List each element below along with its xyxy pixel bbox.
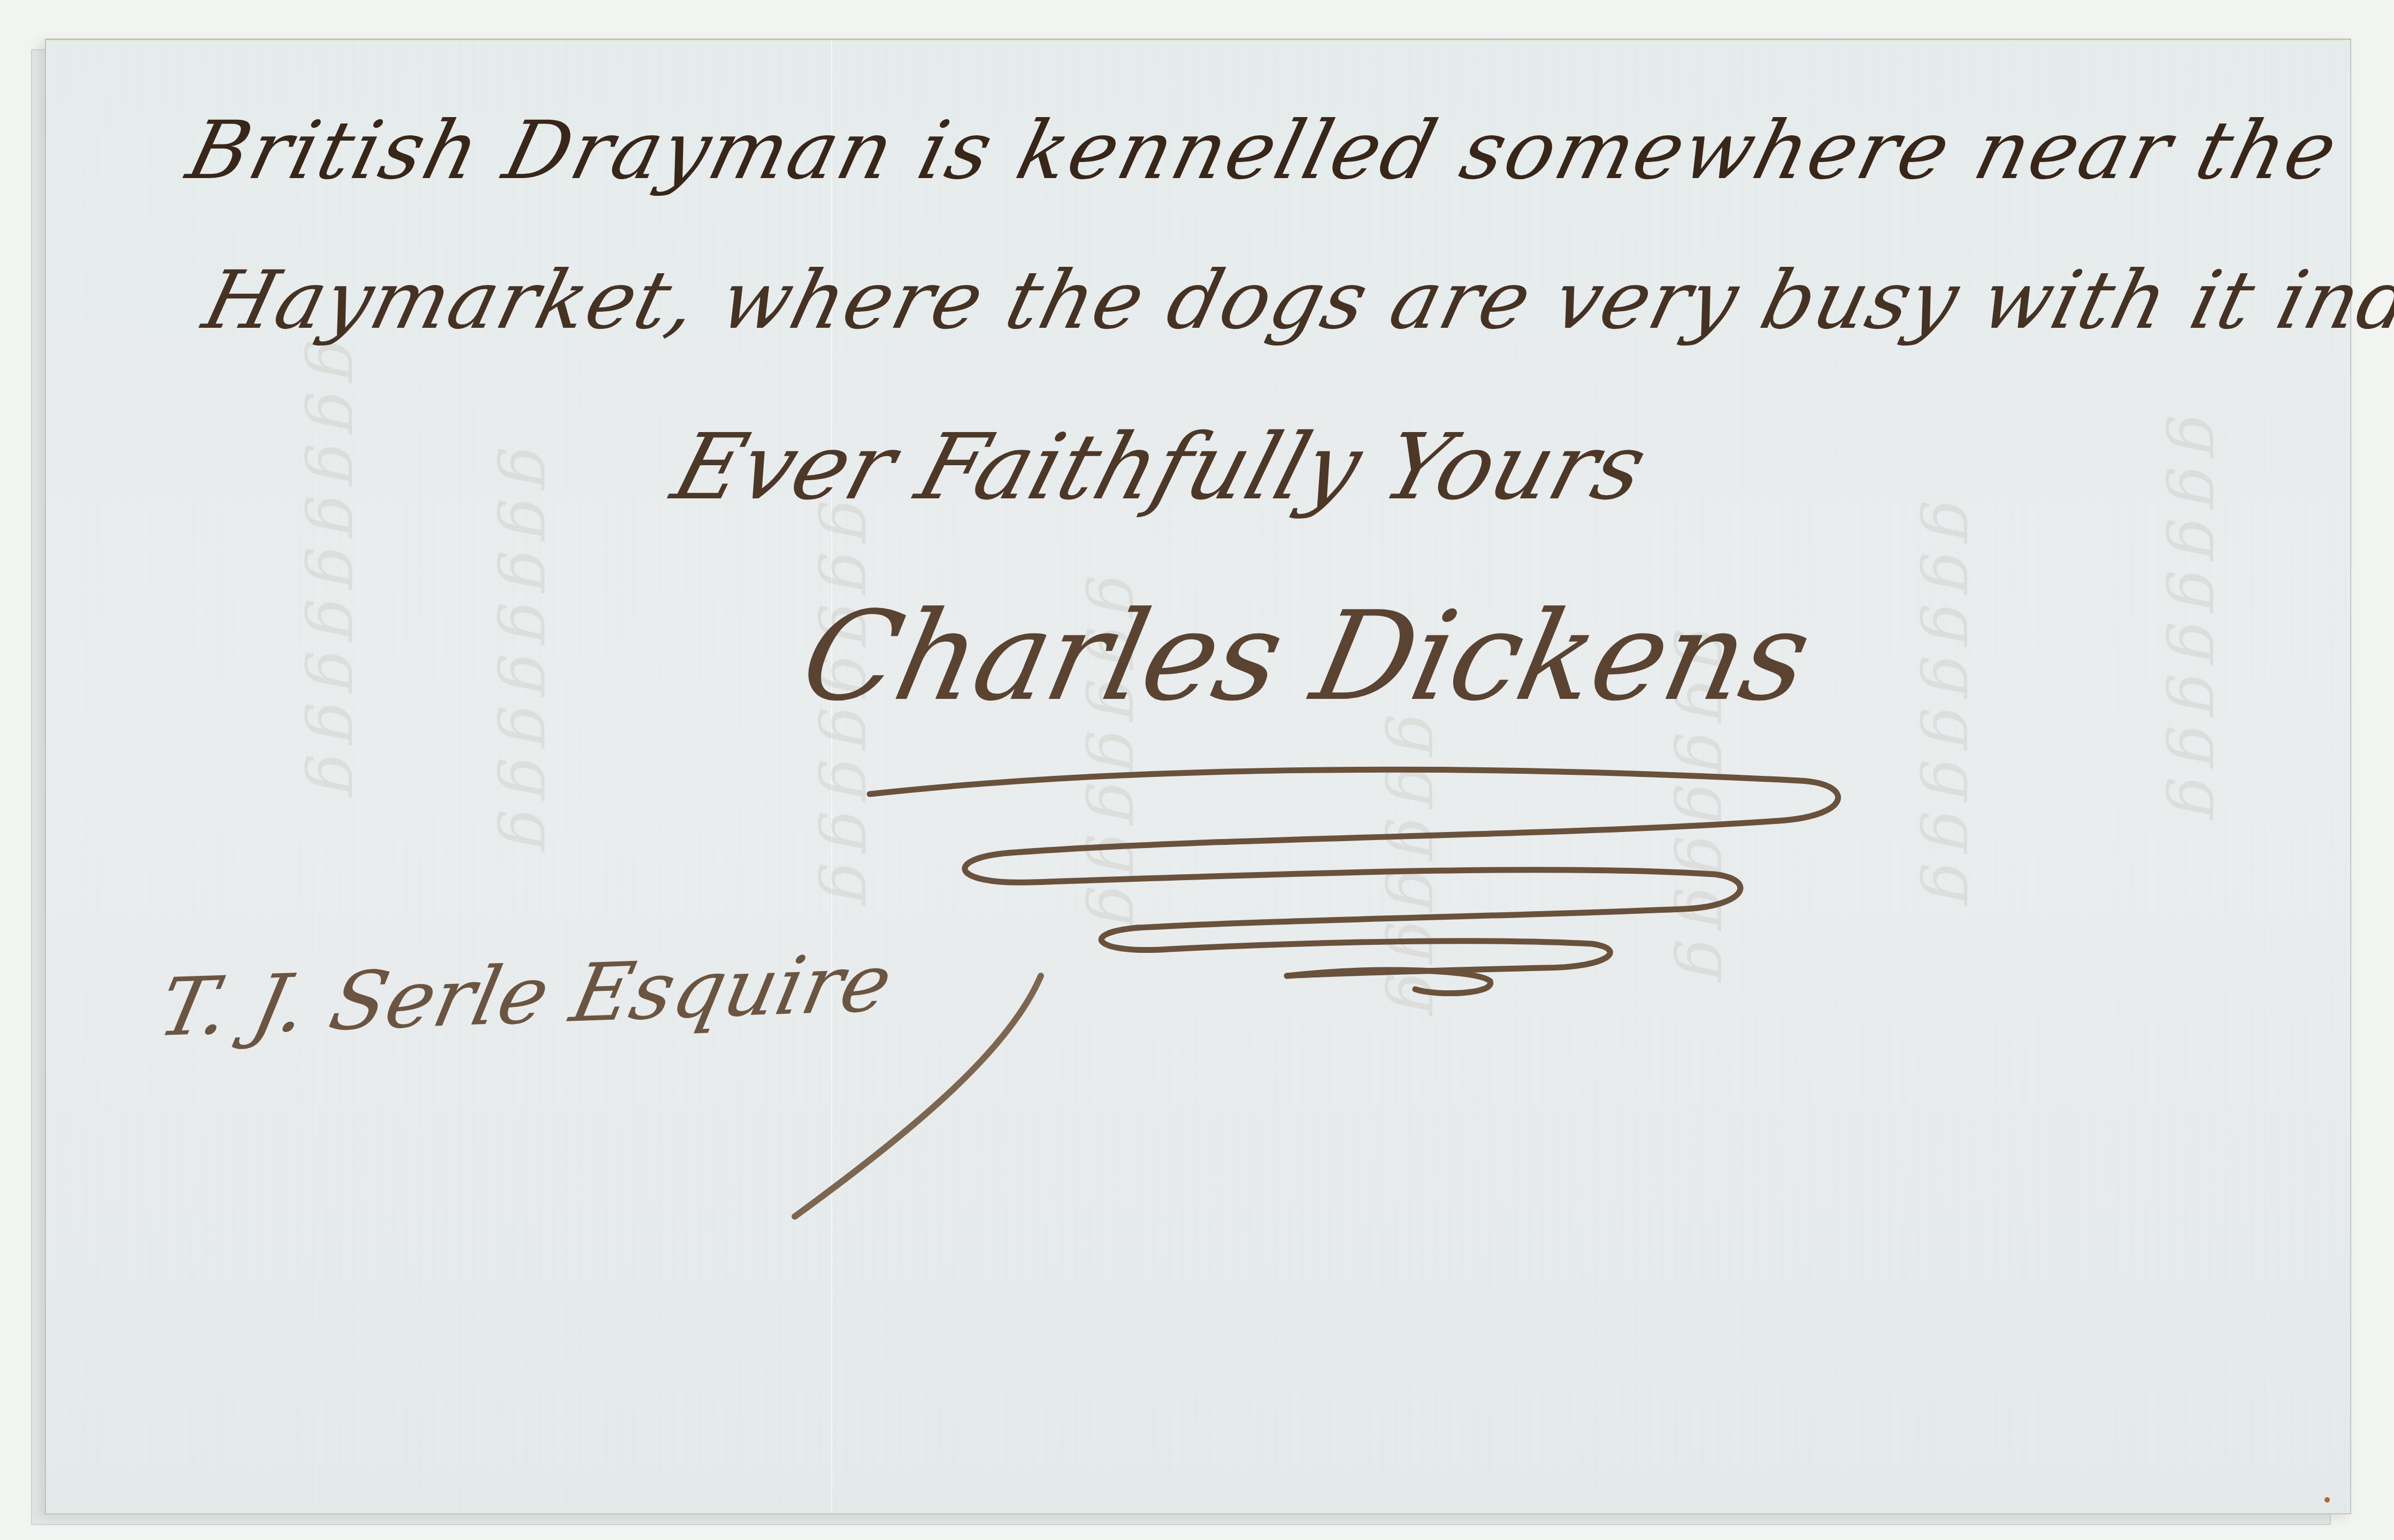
bleed-through-ink: ɡɡɡɡɡɡɡɡ xyxy=(1919,500,1993,914)
bleed-through-ink: ɡɡɡɡɡɡɡɡ xyxy=(496,446,570,861)
letter-body-line-2: Haymarket, where the dogs are very busy … xyxy=(195,254,2394,347)
letter-sheet: ɡɡɡɡɡɡɡɡɡ ɡɡɡɡɡɡɡɡ ɡɡɡɡɡɡɡɡ ɡɡɡɡɡɡɡ ɡɡɡɡ… xyxy=(45,38,2351,1514)
paper-corner-mark xyxy=(2324,1497,2330,1503)
addressee-descender-icon xyxy=(752,971,1073,1227)
signature-flourish-icon xyxy=(848,730,1864,997)
letter-closing: Ever Faithfully Yours xyxy=(662,414,1658,520)
document-stage: ɡɡɡɡɡɡɡɡɡ ɡɡɡɡɡɡɡɡ ɡɡɡɡɡɡɡɡ ɡɡɡɡɡɡɡ ɡɡɡɡ… xyxy=(0,0,2394,1540)
signature: Charles Dickens xyxy=(791,586,1821,728)
bleed-through-ink: ɡɡɡɡɡɡɡɡ xyxy=(2165,414,2239,829)
letter-body-line-1: British Drayman is kennelled somewhere n… xyxy=(179,104,2348,197)
bleed-through-ink: ɡɡɡɡɡɡɡɡɡ xyxy=(303,340,378,805)
